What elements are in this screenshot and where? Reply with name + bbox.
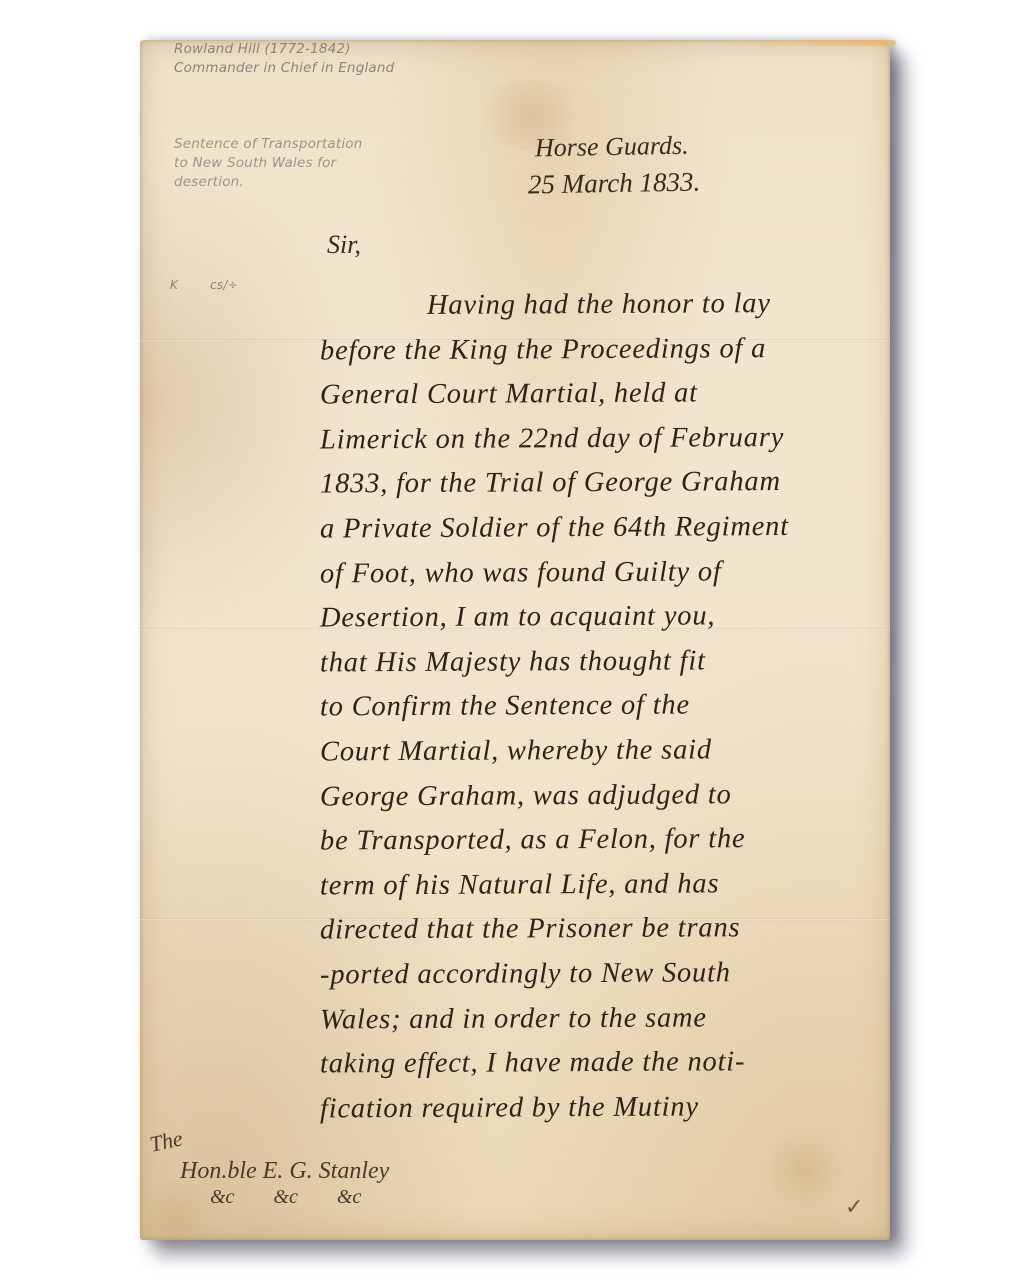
addressee-etc: &c &c &c: [150, 1184, 389, 1210]
addressee-name: Hon.ble E. G. Stanley: [150, 1158, 389, 1184]
pencil-note-line: Rowland Hill (1772-1842): [174, 40, 394, 59]
body-line: George Graham, was adjudged to: [320, 772, 880, 820]
body-line: a Private Soldier of the 64th Regiment: [320, 505, 880, 553]
salutation: Sir,: [327, 230, 361, 260]
checkmark-icon: ✓: [845, 1195, 863, 1220]
pencil-note-line: to New South Wales for: [174, 154, 363, 173]
pencil-note-reference: K cs/÷: [170, 276, 266, 295]
body-line: Having had the honor to lay: [320, 282, 880, 330]
body-line: taking effect, I have made the noti-: [320, 1040, 880, 1088]
pencil-note-line: Commander in Chief in England: [174, 59, 394, 78]
letter-place: Horse Guards.: [535, 131, 689, 164]
body-line: to Confirm the Sentence of the: [320, 683, 880, 731]
body-line: of Foot, who was found Guilty of: [320, 549, 880, 597]
pencil-note-line: desertion.: [174, 173, 363, 192]
letter-body: Having had the honor to lay before the K…: [320, 283, 880, 1130]
body-line: that His Majesty has thought fit: [320, 638, 880, 686]
body-line: Court Martial, whereby the said: [320, 727, 880, 775]
paper-stain: [760, 1130, 850, 1210]
date-month-year: March 1833.: [561, 166, 700, 198]
body-line: 1833, for the Trial of George Graham: [320, 460, 880, 508]
body-line: Wales; and in order to the same: [320, 995, 880, 1043]
body-line: Desertion, I am to acquaint you,: [320, 594, 880, 642]
body-line: Limerick on the 22nd day of February: [320, 415, 880, 463]
body-line: term of his Natural Life, and has: [320, 861, 880, 909]
letter-date: 25 March 1833.: [528, 166, 701, 200]
body-line: -ported accordingly to New South: [320, 950, 880, 998]
letter-sheet: Rowland Hill (1772-1842) Commander in Ch…: [140, 40, 890, 1240]
addressee-line: The: [147, 1120, 211, 1158]
pencil-note-line: Sentence of Transportation: [174, 135, 363, 154]
pencil-note-subject: Sentence of Transportation to New South …: [174, 135, 363, 192]
body-line: General Court Martial, held at: [320, 371, 880, 419]
pencil-note-author: Rowland Hill (1772-1842) Commander in Ch…: [174, 40, 394, 78]
body-line: fication required by the Mutiny: [320, 1084, 880, 1132]
body-line: be Transported, as a Felon, for the: [320, 817, 880, 865]
date-day: 25: [528, 169, 556, 199]
reference-code: cs/÷: [210, 278, 238, 292]
body-line: before the King the Proceedings of a: [320, 326, 880, 374]
addressee-block: The Hon.ble E. G. Stanley &c &c &c: [150, 1132, 389, 1210]
reference-mark: K: [170, 278, 178, 292]
body-line: directed that the Prisoner be trans: [320, 906, 880, 954]
